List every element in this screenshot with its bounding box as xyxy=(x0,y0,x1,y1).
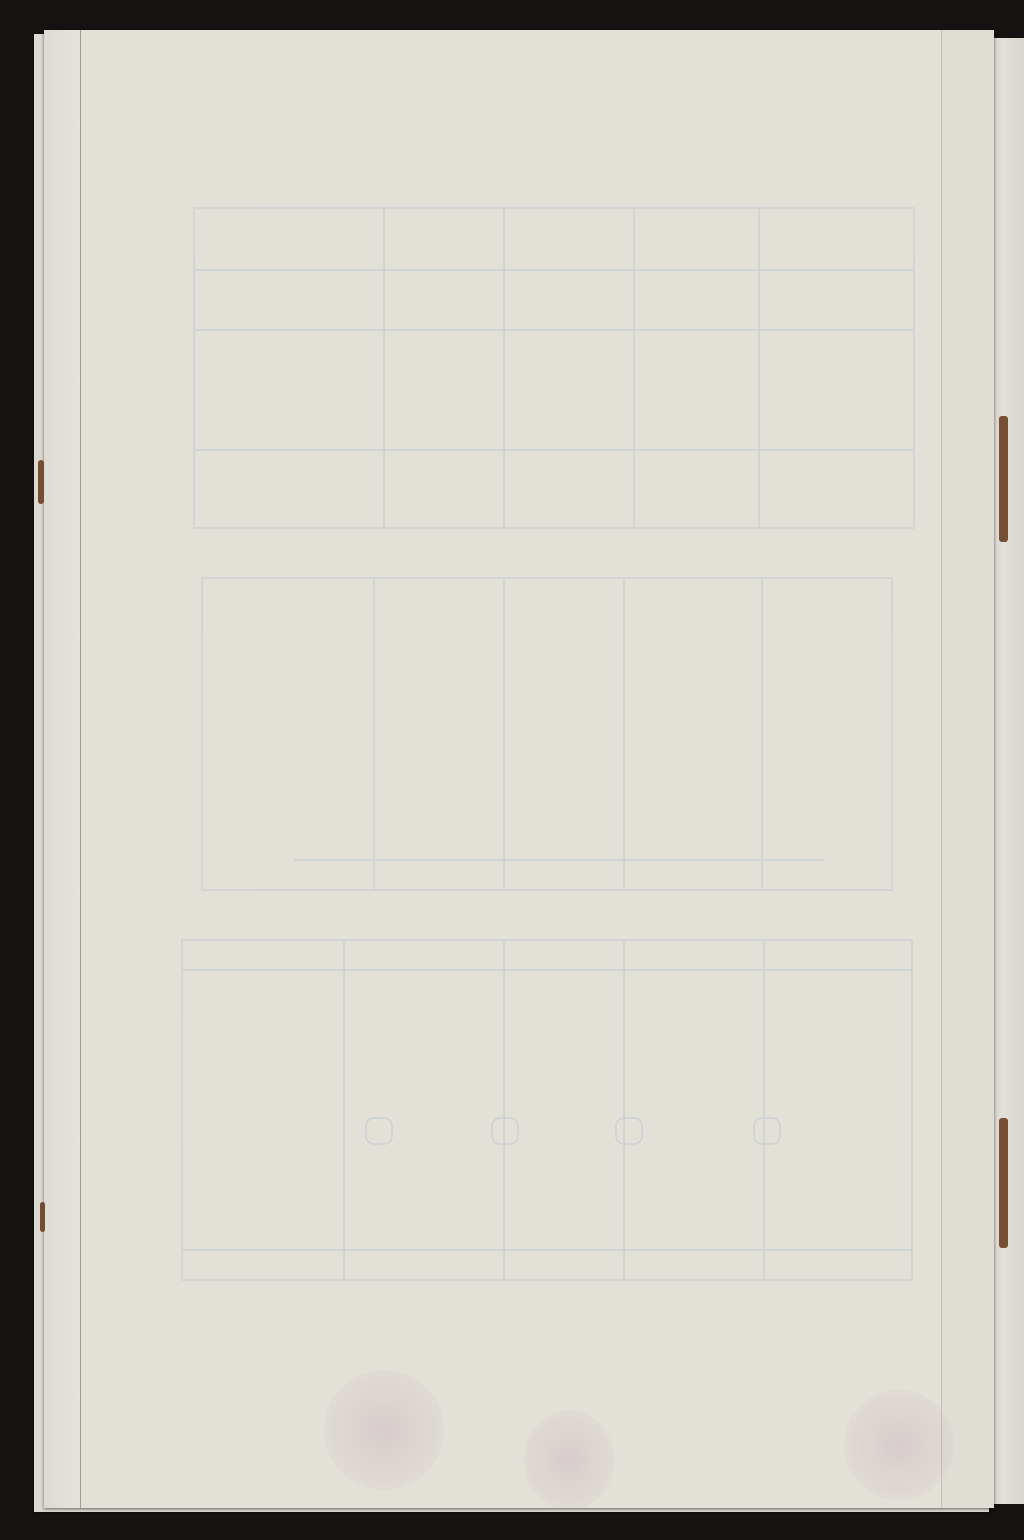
rust-stain xyxy=(999,416,1008,542)
foxing-stain xyxy=(324,1370,444,1490)
foxing-stain xyxy=(524,1410,614,1510)
bleed-through-drawing xyxy=(44,30,994,1508)
foxing-stain xyxy=(844,1390,954,1500)
rust-stain xyxy=(999,1118,1008,1248)
rust-stain xyxy=(38,460,44,504)
right-margin-strip xyxy=(941,30,994,1508)
rust-stain xyxy=(40,1202,45,1232)
paper-page xyxy=(44,30,994,1508)
binding-strip xyxy=(44,30,81,1508)
